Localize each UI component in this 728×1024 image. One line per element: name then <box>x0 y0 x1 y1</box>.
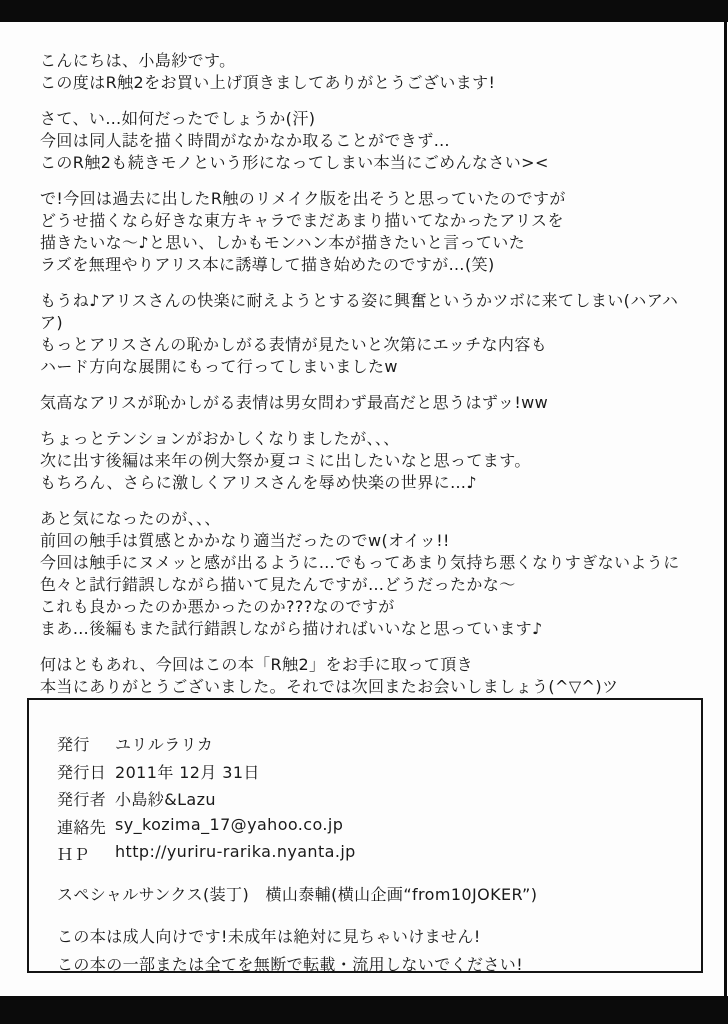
afterword-line: この度はR触2をお買い上げ頂きましてありがとうございます! <box>40 72 700 94</box>
colophon-row: ＨＰhttp://yuriru-rarika.nyanta.jp <box>57 842 683 870</box>
afterword-line: もうね♪アリスさんの快楽に耐えようとする姿に興奮というかツボに来てしまい(ハアハ… <box>40 290 700 334</box>
colophon-rows: 発行ユリルラリカ発行日2011年 12月 31日発行者小島紗&Lazu連絡先sy… <box>57 732 683 870</box>
colophon-label: 連絡先 <box>57 815 115 838</box>
afterword-text: こんにちは、小島紗です。この度はR触2をお買い上げ頂きましてありがとうございます… <box>40 50 700 698</box>
afterword-line: ラズを無理やりアリス本に誘導して描き始めたのですが…(笑) <box>40 254 700 276</box>
colophon-row: 発行者小島紗&Lazu <box>57 787 683 815</box>
afterword-paragraph: さて、い…如何だったでしょうか(汗)今回は同人誌を描く時間がなかなか取ることがで… <box>40 108 700 174</box>
afterword-line: もっとアリスさんの恥かしがる表情が見たいと次第にエッチな内容も <box>40 334 700 356</box>
colophon-row: 連絡先sy_kozima_17@yahoo.co.jp <box>57 815 683 843</box>
right-page-border <box>724 0 727 1024</box>
warnings: この本は成人向けです!未成年は絶対に見ちゃいけません!この本の一部または全てを無… <box>57 924 683 980</box>
colophon-row: 発行日2011年 12月 31日 <box>57 760 683 788</box>
afterword-paragraph: で!今回は過去に出したR触のリメイク版を出そうと思っていたのですがどうせ描くなら… <box>40 188 700 276</box>
afterword-line: このR触2も続きモノという形になってしまい本当にごめんなさい>< <box>40 152 700 174</box>
afterword-paragraph: 何はともあれ、今回はこの本「R触2」をお手に取って頂き本当にありがとうございまし… <box>40 654 700 698</box>
colophon-label: 発行 <box>57 732 115 755</box>
colophon-value: ユリルラリカ <box>115 732 683 755</box>
top-black-bar <box>0 0 728 22</box>
colophon-label: 発行日 <box>57 760 115 783</box>
afterword-line: ちょっとテンションがおかしくなりましたが、、、 <box>40 428 700 450</box>
colophon-box: 発行ユリルラリカ発行日2011年 12月 31日発行者小島紗&Lazu連絡先sy… <box>27 698 703 973</box>
afterword-paragraph: ちょっとテンションがおかしくなりましたが、、、次に出す後編は来年の例大祭か夏コミ… <box>40 428 700 494</box>
colophon-row: 発行ユリルラリカ <box>57 732 683 760</box>
afterword-line: 何はともあれ、今回はこの本「R触2」をお手に取って頂き <box>40 654 700 676</box>
afterword-line: まあ…後編もまた試行錯誤しながら描ければいいなと思っています♪ <box>40 618 700 640</box>
afterword-line: どうせ描くなら好きな東方キャラでまだあまり描いてなかったアリスを <box>40 210 700 232</box>
warning-line: この本は成人向けです!未成年は絶対に見ちゃいけません! <box>57 924 683 952</box>
afterword-line: 気高なアリスが恥かしがる表情は男女問わず最高だと思うはずッ!ww <box>40 392 700 414</box>
afterword-paragraph: あと気になったのが、、、前回の触手は質感とかかなり適当だったのでw(オイッ!!今… <box>40 508 700 640</box>
bottom-black-bar <box>0 996 728 1024</box>
afterword-line: もちろん、さらに激しくアリスさんを辱め快楽の世界に…♪ <box>40 472 700 494</box>
colophon-label: 発行者 <box>57 787 115 810</box>
afterword-line: 前回の触手は質感とかかなり適当だったのでw(オイッ!! <box>40 530 700 552</box>
afterword-line: 描きたいな～♪と思い、しかもモンハン本が描きたいと言っていた <box>40 232 700 254</box>
colophon-value: 2011年 12月 31日 <box>115 760 683 783</box>
afterword-line: ハード方向な展開にもって行ってしまいましたw <box>40 356 700 378</box>
special-thanks-line: スペシャルサンクス(装丁) 横山泰輔(横山企画“from10JOKER”) <box>57 882 683 910</box>
afterword-paragraph: こんにちは、小島紗です。この度はR触2をお買い上げ頂きましてありがとうございます… <box>40 50 700 94</box>
afterword-paragraph: もうね♪アリスさんの快楽に耐えようとする姿に興奮というかツボに来てしまい(ハアハ… <box>40 290 700 378</box>
afterword-line: さて、い…如何だったでしょうか(汗) <box>40 108 700 130</box>
warning-line: この本の一部または全てを無断で転載・流用しないでください! <box>57 952 683 980</box>
colophon-value: http://yuriru-rarika.nyanta.jp <box>115 842 683 861</box>
afterword-paragraph: 気高なアリスが恥かしがる表情は男女問わず最高だと思うはずッ!ww <box>40 392 700 414</box>
afterword-line: こんにちは、小島紗です。 <box>40 50 700 72</box>
afterword-line: 今回は同人誌を描く時間がなかなか取ることができず… <box>40 130 700 152</box>
afterword-line: これも良かったのか悪かったのか???なのですが <box>40 596 700 618</box>
colophon-label: ＨＰ <box>57 842 115 865</box>
afterword-line: 次に出す後編は来年の例大祭か夏コミに出したいなと思ってます。 <box>40 450 700 472</box>
afterword-line: で!今回は過去に出したR触のリメイク版を出そうと思っていたのですが <box>40 188 700 210</box>
afterword-line: 本当にありがとうございました。それでは次回またお会いしましょう(^▽^)ツ <box>40 676 700 698</box>
afterword-line: 色々と試行錯誤しながら描いて見たんですが…どうだったかな～ <box>40 574 700 596</box>
afterword-line: あと気になったのが、、、 <box>40 508 700 530</box>
afterword-line: 今回は触手にヌメッと感が出るように…でもってあまり気持ち悪くなりすぎないように <box>40 552 700 574</box>
colophon-value: sy_kozima_17@yahoo.co.jp <box>115 815 683 834</box>
colophon-value: 小島紗&Lazu <box>115 787 683 810</box>
